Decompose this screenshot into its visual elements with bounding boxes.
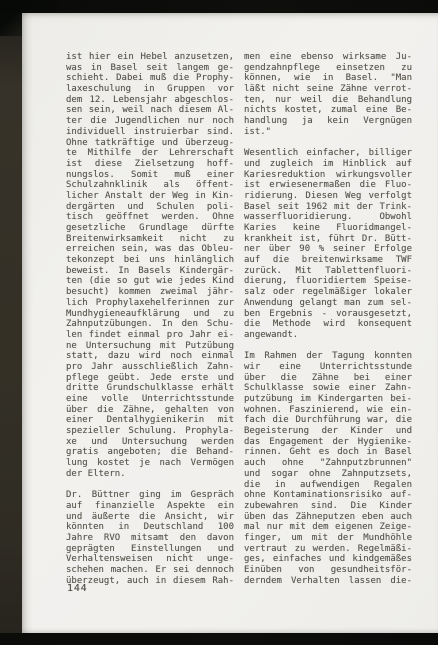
text-line: Jahre RVO mitsamt den davon — [66, 533, 234, 544]
text-line: spezieller Schulung. Prophyla- — [66, 426, 234, 437]
text-line: dergärten und Schulen poli- — [66, 202, 234, 213]
text-line: licher Anstalt der Weg in Kin- — [66, 191, 234, 202]
text-line: salz oder regelmäßiger lokaler — [244, 287, 412, 298]
text-line: gratis angeboten; die Behand- — [66, 447, 234, 458]
text-line: xe und Untersuchung werden — [66, 437, 234, 448]
text-line: pflege geübt. Jede erste und — [66, 373, 234, 384]
text-line: zurück. Mit Tablettenfluori- — [244, 266, 412, 277]
text-line: ohne Kontaminationsrisiko auf- — [244, 490, 412, 501]
text-line: über die Zähne, gehalten von — [66, 405, 234, 416]
text-line: Begeisterung der Kinder und — [244, 426, 412, 437]
text-line: ne Untersuchung mit Putzübung — [66, 341, 234, 352]
text-line: auf finanzielle Aspekte ein — [66, 501, 234, 512]
page-number: 144 — [67, 583, 87, 595]
text-line: dritte Grundschulklasse erhält — [66, 383, 234, 394]
text-line: überzeugt, auch in diesem Rah- — [66, 576, 234, 587]
text-line: men eine ebenso wirksame Ju- — [244, 52, 412, 63]
text-line: und sogar ohne Zahnputzsets, — [244, 469, 412, 480]
text-line: tekonzept bei uns hinlänglich — [66, 255, 234, 266]
text-line: was in Basel seit langem ge- — [66, 63, 234, 74]
text-line: über die Zähne bei einer — [244, 373, 412, 384]
text-line: ges, einfaches und kindgemäßes — [244, 554, 412, 565]
paragraph: Wesentlich einfacher, billigerund zuglei… — [244, 148, 412, 340]
text-line: ridierung. Diesen Weg verfolgt — [244, 191, 412, 202]
text-line: Schulzahnklinik als öffent- — [66, 180, 234, 191]
text-line: einer Dentalhygienikerin mit — [66, 415, 234, 426]
text-line: das Engagement der Hygienike- — [244, 437, 412, 448]
paragraph: Im Rahmen der Tagung konntenwir eine Unt… — [244, 351, 412, 586]
text-line: lung kostet je nach Vermögen — [66, 458, 234, 469]
text-line: krankheit ist, führt Dr. Bütt- — [244, 234, 412, 245]
text-line: laxeschulung in Gruppen vor — [66, 84, 234, 95]
text-line: der Eltern. — [66, 469, 234, 480]
text-line: gesetzliche Grundlage dürfte — [66, 223, 234, 234]
text-line: besucht) kommen zweimal jähr- — [66, 287, 234, 298]
text-line: Wesentlich einfacher, billiger — [244, 148, 412, 159]
text-line: putzübung im Kindergarten bei- — [244, 394, 412, 405]
text-line: statt, dazu wird noch einmal — [66, 351, 234, 362]
text-line: ist erwiesenermaßen die Fluo- — [244, 180, 412, 191]
text-line: ter die Jugendlichen nur noch — [66, 116, 234, 127]
text-line: Breitenwirksamkeit nicht zu — [66, 234, 234, 245]
text-line: dem 12. Lebensjahr abgeschlos- — [66, 95, 234, 106]
text-line: lich Prophylaxehelferinnen zur — [66, 298, 234, 309]
text-line: eine volle Unterrichtsstunde — [66, 394, 234, 405]
text-line: angewandt. — [244, 330, 412, 341]
text-line: Karies keine Fluoridmangel- — [244, 223, 412, 234]
text-line: derndem Verhalten lassen die- — [244, 576, 412, 587]
text-line: individuell instruierbar sind. — [66, 127, 234, 138]
text-line: und äußerte die Ansicht, wir — [66, 512, 234, 523]
text-line: Ohne tatkräftige und überzeug- — [66, 138, 234, 149]
text-line: ist." — [244, 127, 412, 138]
text-line: und zugleich im Hinblick auf — [244, 159, 412, 170]
text-line: könnten in Deutschland 100 — [66, 522, 234, 533]
text-line: zubewahren sind. Die Kinder — [244, 501, 412, 512]
text-line: ist hier ein Hebel anzusetzen, — [66, 52, 234, 63]
text-columns: ist hier ein Hebel anzusetzen,was in Bas… — [66, 52, 412, 586]
text-line: ten, nur weil die Behandlung — [244, 95, 412, 106]
text-line: Mundhygieneaufklärung und zu — [66, 309, 234, 320]
text-line: üben das Zähneputzen eben auch — [244, 512, 412, 523]
text-line: schieht. Dabei muß die Prophy- — [66, 73, 234, 84]
text-line: ist diese Zielsetzung hoff- — [66, 159, 234, 170]
scan-left-edge — [0, 12, 22, 633]
paragraph: Dr. Büttner ging im Gesprächauf finanzie… — [66, 490, 234, 586]
text-line: fach die Durchführung war, die — [244, 415, 412, 426]
text-line: wasserfluoridierung. Obwohl — [244, 212, 412, 223]
text-line: Im Rahmen der Tagung konnten — [244, 351, 412, 362]
text-line: erreichen sein, was das Obleu- — [66, 244, 234, 255]
text-line: dierung, fluoridiertem Speise- — [244, 276, 412, 287]
text-line: finger, um mit der Mundhöhle — [244, 533, 412, 544]
text-line: wohnen. Faszinierend, wie ein- — [244, 405, 412, 416]
scan-top-edge — [0, 0, 438, 13]
text-line: sen sein, weil nach diesem Al- — [66, 105, 234, 116]
text-line: läßt nicht seine Zähne verrot- — [244, 84, 412, 95]
text-line: ten (die so gut wie jedes Kind — [66, 276, 234, 287]
text-line: ner über 90 % seiner Erfolge — [244, 244, 412, 255]
text-line: nungslos. Somit muß einer — [66, 170, 234, 181]
document-page: ist hier ein Hebel anzusetzen,was in Bas… — [22, 13, 438, 633]
text-line: schehen machen. Er sei dennoch — [66, 565, 234, 576]
text-line: ben Ergebnis - vorausgesetzt, — [244, 309, 412, 320]
text-line: auch ohne "Zahnputzbrunnen" — [244, 458, 412, 469]
text-line: Einüben von gesundheitsför- — [244, 565, 412, 576]
text-line: wir eine Unterrichtsstunde — [244, 362, 412, 373]
text-line: mal nur mit dem eigenen Zeige- — [244, 522, 412, 533]
right-column: men eine ebenso wirksame Ju-gendzahnpfle… — [244, 52, 412, 586]
scanned-book-page: ist hier ein Hebel anzusetzen,was in Bas… — [0, 0, 438, 645]
text-line: gendzahnpflege einsetzen zu — [244, 63, 412, 74]
text-line: Verhaltensweisen nicht unge- — [66, 554, 234, 565]
text-line: tisch geöffnet werden. Ohne — [66, 212, 234, 223]
text-line: te Mithilfe der Lehrerschaft — [66, 148, 234, 159]
text-line: pro Jahr ausschließlich Zahn- — [66, 362, 234, 373]
text-line: Dr. Büttner ging im Gespräch — [66, 490, 234, 501]
text-line: len findet einmal pro Jahr ei- — [66, 330, 234, 341]
text-line: beweist. In Basels Kindergär- — [66, 266, 234, 277]
scan-bottom-edge — [0, 633, 438, 645]
text-line: können, wie in Basel. "Man — [244, 73, 412, 84]
text-line: Anwendung gelangt man zum sel- — [244, 298, 412, 309]
text-line: Kariesreduktion wirkungsvoller — [244, 170, 412, 181]
left-column: ist hier ein Hebel anzusetzen,was in Bas… — [66, 52, 234, 586]
text-line: Zahnputzübungen. In den Schu- — [66, 319, 234, 330]
text-line: Basel seit 1962 mit der Trink- — [244, 202, 412, 213]
text-line: die Methode wird konsequent — [244, 319, 412, 330]
text-line: Schulklasse sowie einer Zahn- — [244, 383, 412, 394]
text-line: die in aufwendigen Regalen — [244, 480, 412, 491]
text-line: geprägten Einstellungen und — [66, 544, 234, 555]
text-line: handlung ja kein Vergnügen — [244, 116, 412, 127]
paragraph: men eine ebenso wirksame Ju-gendzahnpfle… — [244, 52, 412, 138]
text-line: auf die breitenwirksame TWF — [244, 255, 412, 266]
text-line: rinnen. Geht es doch in Basel — [244, 447, 412, 458]
paragraph: ist hier ein Hebel anzusetzen,was in Bas… — [66, 52, 234, 480]
text-line: vertraut zu werden. Regelmäßi- — [244, 544, 412, 555]
text-line: nichts kostet, zumal eine Be- — [244, 105, 412, 116]
